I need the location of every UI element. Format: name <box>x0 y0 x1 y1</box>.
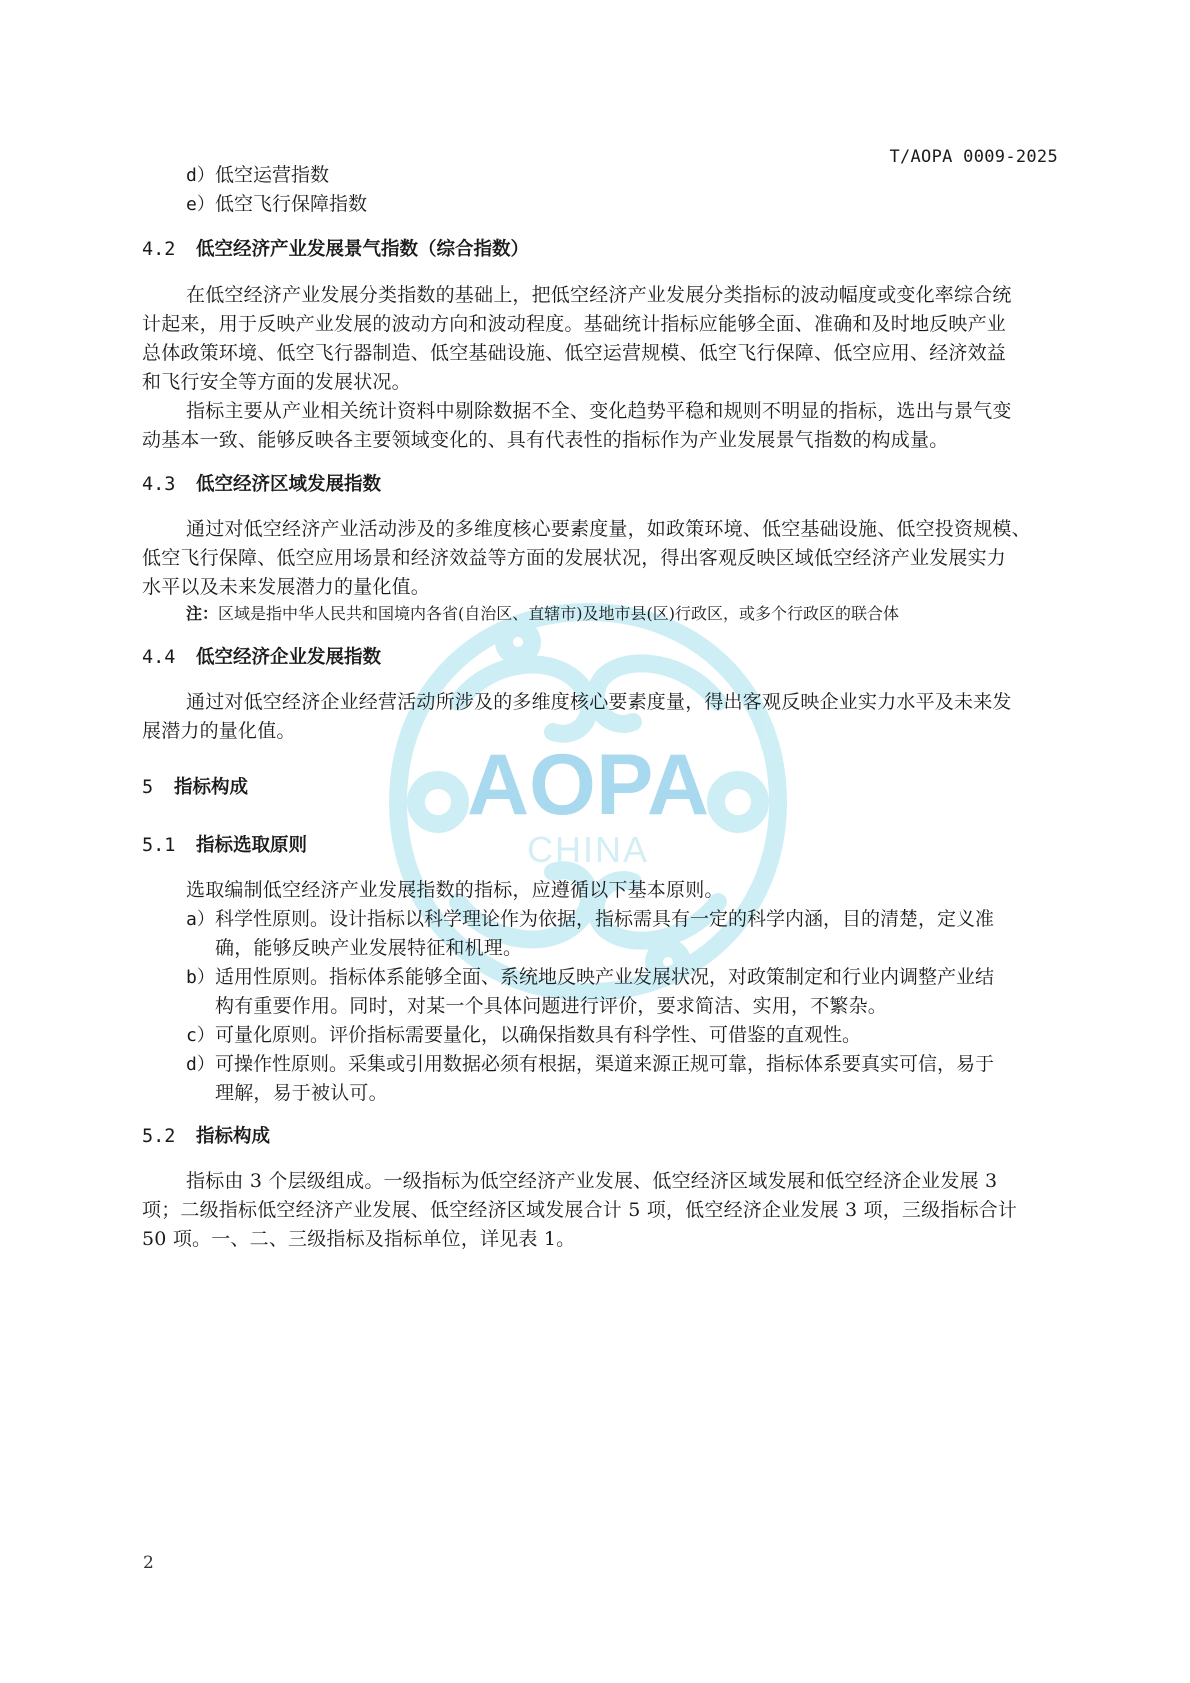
paragraph-line: 和飞行安全等方面的发展状况。 <box>142 370 411 394</box>
paragraph-line: 动基本一致、能够反映各主要领域变化的、具有代表性的指标作为产业发展景气指数的构成… <box>142 428 948 452</box>
section-number: 4.3 <box>142 473 196 497</box>
document-id: T/AOPA 0009-2025 <box>889 146 1058 168</box>
paragraph-line: 在低空经济产业发展分类指数的基础上，把低空经济产业发展分类指标的波动幅度或变化率… <box>186 283 1012 307</box>
section-title: 指标构成 <box>196 1126 270 1147</box>
section-title: 指标构成 <box>174 777 248 798</box>
list-marker: d） <box>186 164 215 188</box>
list-item: c）可量化原则。评价指标需要量化，以确保指数具有科学性、可借鉴的直观性。 <box>186 1023 861 1048</box>
paragraph-line: 通过对低空经济产业活动涉及的多维度核心要素度量，如政策环境、低空基础设施、低空投… <box>186 517 1031 541</box>
section-heading-4-3: 4.3低空经济区域发展指数 <box>142 473 381 497</box>
document-content: T/AOPA 0009-2025 d）低空运营指数 e）低空飞行保障指数 4.2… <box>0 0 1190 1683</box>
section-heading-5: 5指标构成 <box>142 776 248 800</box>
list-item-text: 可操作性原则。采集或引用数据必须有根据，渠道来源正规可靠，指标体系要真实可信，易… <box>215 1053 994 1075</box>
section-heading-4-2: 4.2低空经济产业发展景气指数（综合指数） <box>142 238 529 262</box>
section-number: 5.2 <box>142 1125 196 1149</box>
section-title: 低空经济企业发展指数 <box>196 647 381 668</box>
list-marker: d） <box>186 1053 215 1077</box>
note: 注：区域是指中华人民共和国境内各省(自治区、直辖市)及地市县(区)行政区，或多个… <box>186 603 899 625</box>
section-number: 5 <box>142 776 174 800</box>
list-item: a）科学性原则。设计指标以科学理论作为依据，指标需具有一定的科学内涵，目的清楚，… <box>186 907 994 932</box>
list-item-text: 低空运营指数 <box>215 164 329 186</box>
list-item-text: 可量化原则。评价指标需要量化，以确保指数具有科学性、可借鉴的直观性。 <box>215 1024 861 1046</box>
page-number: 2 <box>143 1553 154 1573</box>
list-marker: e） <box>186 193 215 217</box>
document-page: AOPA CHINA T/AOPA 0009-2025 d）低空运营指数 e）低… <box>0 0 1190 1683</box>
list-item-text: 科学性原则。设计指标以科学理论作为依据，指标需具有一定的科学内涵，目的清楚，定义… <box>215 908 994 930</box>
list-item-continuation: 构有重要作用。同时，对某一个具体问题进行评价，要求简洁、实用，不繁杂。 <box>215 994 887 1018</box>
section-title: 指标选取原则 <box>196 835 307 856</box>
list-item-continuation: 理解，易于被认可。 <box>215 1081 388 1105</box>
section-heading-5-2: 5.2指标构成 <box>142 1125 270 1149</box>
list-item-text: 适用性原则。指标体系能够全面、系统地反映产业发展状况，对政策制定和行业内调整产业… <box>215 966 994 988</box>
paragraph-line: 低空飞行保障、低空应用场景和经济效益等方面的发展状况，得出客观反映区域低空经济产… <box>142 546 1006 570</box>
section-heading-5-1: 5.1指标选取原则 <box>142 834 307 858</box>
section-heading-4-4: 4.4低空经济企业发展指数 <box>142 646 381 670</box>
list-item-continuation: 确，能够反映产业发展特征和机理。 <box>215 936 522 960</box>
note-label: 注： <box>186 604 218 623</box>
list-item: d）低空运营指数 <box>186 163 329 188</box>
list-marker: b） <box>186 966 215 990</box>
note-text: 区域是指中华人民共和国境内各省(自治区、直辖市)及地市县(区)行政区，或多个行政… <box>218 604 899 623</box>
section-number: 5.1 <box>142 834 196 858</box>
section-number: 4.2 <box>142 238 196 262</box>
list-item-text: 低空飞行保障指数 <box>215 193 367 215</box>
paragraph-line: 计起来，用于反映产业发展的波动方向和波动程度。基础统计指标应能够全面、准确和及时… <box>142 312 1006 336</box>
list-marker: a） <box>186 908 215 932</box>
paragraph-line: 总体政策环境、低空飞行器制造、低空基础设施、低空运营规模、低空飞行保障、低空应用… <box>142 341 1006 365</box>
paragraph-line: 展潜力的量化值。 <box>142 719 296 743</box>
list-item: b）适用性原则。指标体系能够全面、系统地反映产业发展状况，对政策制定和行业内调整… <box>186 965 994 990</box>
paragraph-line: 通过对低空经济企业经营活动所涉及的多维度核心要素度量，得出客观反映企业实力水平及… <box>186 690 1012 714</box>
list-item: d）可操作性原则。采集或引用数据必须有根据，渠道来源正规可靠，指标体系要真实可信… <box>186 1052 994 1077</box>
paragraph-line: 指标主要从产业相关统计资料中剔除数据不全、变化趋势平稳和规则不明显的指标，选出与… <box>186 399 1012 423</box>
paragraph-line: 水平以及未来发展潜力的量化值。 <box>142 575 430 599</box>
list-marker: c） <box>186 1024 215 1048</box>
paragraph-line: 指标由 3 个层级组成。一级指标为低空经济产业发展、低空经济区域发展和低空经济企… <box>186 1169 997 1193</box>
paragraph-line: 选取编制低空经济产业发展指数的指标，应遵循以下基本原则。 <box>186 878 724 902</box>
section-title: 低空经济产业发展景气指数（综合指数） <box>196 239 529 260</box>
section-title: 低空经济区域发展指数 <box>196 474 381 495</box>
paragraph-line: 项；二级指标低空经济产业发展、低空经济区域发展合计 5 项，低空经济企业发展 3… <box>142 1198 1017 1222</box>
paragraph-line: 50 项。一、二、三级指标及指标单位，详见表 1。 <box>142 1227 575 1251</box>
section-number: 4.4 <box>142 646 196 670</box>
list-item: e）低空飞行保障指数 <box>186 192 367 217</box>
